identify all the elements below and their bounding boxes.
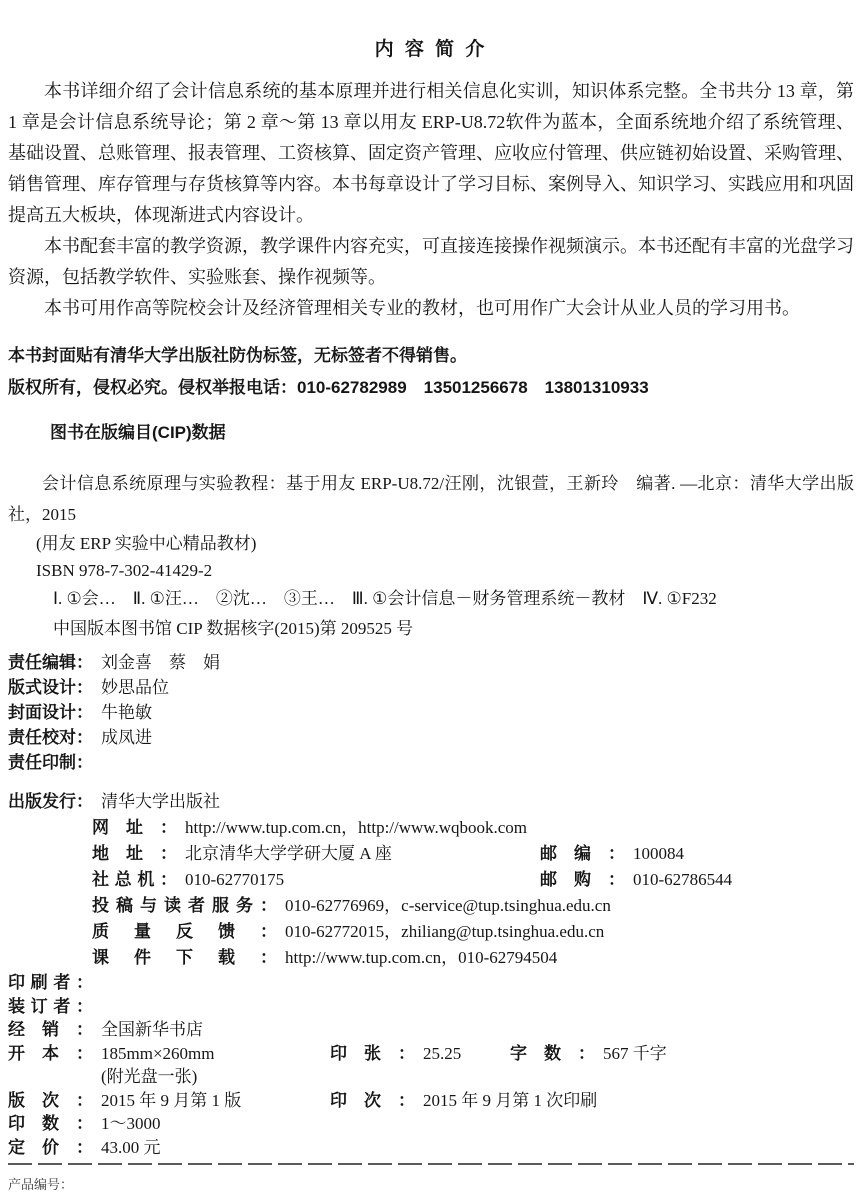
edition-label: 版次： — [8, 1089, 93, 1113]
publisher-section: 出版发行：清华大学出版社 网址：http://www.tup.com.cn，ht… — [8, 789, 854, 971]
publisher-website-row: 网址：http://www.tup.com.cn，http://www.wqbo… — [8, 815, 854, 841]
staff-label: 责任印制： — [8, 750, 93, 775]
publisher-courseware-row: 课件下载：http://www.tup.com.cn，010-62794504 — [8, 945, 854, 971]
publisher-name: 清华大学出版社 — [101, 792, 220, 811]
quality-feedback-value: 010-62772015，zhiliang@tup.tsinghua.edu.c… — [285, 922, 604, 941]
switchboard-label: 社总机： — [92, 867, 177, 893]
dashed-divider — [8, 1163, 854, 1165]
format-label: 开本： — [8, 1042, 93, 1066]
price-label: 定价： — [8, 1136, 93, 1160]
staff-value: 妙思品位 — [101, 678, 169, 697]
publisher-row: 出版发行：清华大学出版社 — [8, 789, 854, 815]
staff-row-proofreader: 责任校对：成凤进 — [8, 725, 854, 750]
reader-service-label: 投稿与读者服务： — [92, 893, 277, 919]
publisher-switchboard-row: 社总机：010-62770175邮购：010-62786544 — [8, 867, 854, 893]
copyright-notice: 本书封面贴有清华大学出版社防伪标签，无标签者不得销售。 版权所有，侵权必究。侵权… — [8, 340, 854, 404]
courseware-label: 课件下载： — [92, 945, 277, 971]
intro-paragraph-2: 本书配套丰富的教学资源，教学课件内容充实，可直接连接操作视频演示。本书还配有丰富… — [8, 231, 854, 293]
wordcount-label: 字数： — [510, 1042, 595, 1066]
printer-row: 印刷者： — [8, 971, 854, 995]
staff-value: 牛艳敏 — [101, 703, 152, 722]
publisher-address-row: 地址：北京清华大学学研大厦 A 座邮编：100084 — [8, 841, 854, 867]
impression-date-label: 印次： — [330, 1089, 415, 1113]
staff-row-editor: 责任编辑：刘金喜 蔡 娟 — [8, 650, 854, 675]
intro-paragraph-3: 本书可用作高等院校会计及经济管理相关专业的教材，也可用作广大会计从业人员的学习用… — [8, 293, 854, 324]
quality-feedback-label: 质量反馈： — [92, 919, 277, 945]
staff-section: 责任编辑：刘金喜 蔡 娟 版式设计：妙思品位 封面设计：牛艳敏 责任校对：成凤进… — [8, 650, 854, 775]
attachment-note: (附光盘一张) — [101, 1067, 197, 1086]
attachment-row: (附光盘一张) — [8, 1065, 854, 1089]
page-title: 内 容 简 介 — [8, 38, 854, 62]
cip-entry: 会计信息系统原理与实验教程：基于用友 ERP-U8.72/汪刚，沈银萱，王新玲 … — [8, 468, 854, 530]
website-label: 网址： — [92, 815, 177, 841]
distributor-label: 经销： — [8, 1018, 93, 1042]
staff-label: 责任校对： — [8, 725, 93, 750]
sheets-label: 印张： — [330, 1042, 415, 1066]
staff-label: 封面设计： — [8, 700, 93, 725]
rights-reserved-notice: 版权所有，侵权必究。侵权举报电话：010-62782989 1350125667… — [8, 372, 854, 404]
cip-heading: 图书在版编目(CIP)数据 — [50, 422, 854, 444]
print-run-value: 1～3000 — [101, 1114, 161, 1133]
impression-date-value: 2015 年 9 月第 1 次印刷 — [423, 1091, 597, 1110]
print-run-label: 印数： — [8, 1112, 93, 1136]
publisher-label: 出版发行： — [8, 789, 93, 815]
publisher-quality-feedback-row: 质量反馈：010-62772015，zhiliang@tup.tsinghua.… — [8, 919, 854, 945]
cip-record-number: 中国版本图书馆 CIP 数据核字(2015)第 209525 号 — [53, 614, 854, 644]
zipcode-value: 100084 — [633, 844, 684, 863]
intro-section: 本书详细介绍了会计信息系统的基本原理并进行相关信息化实训，知识体系完整。全书共分… — [8, 76, 854, 324]
cip-isbn: ISBN 978-7-302-41429-2 — [36, 557, 854, 584]
zipcode-label: 邮编： — [540, 841, 625, 867]
mailorder-value: 010-62786544 — [633, 870, 732, 889]
address-value: 北京清华大学学研大厦 A 座 — [185, 844, 392, 863]
staff-label: 责任编辑： — [8, 650, 93, 675]
staff-row-printer: 责任印制： — [8, 750, 854, 775]
book-copyright-page: 内 容 简 介 本书详细介绍了会计信息系统的基本原理并进行相关信息化实训，知识体… — [0, 0, 862, 1200]
wordcount-value: 567 千字 — [603, 1044, 667, 1063]
binder-label: 装订者： — [8, 995, 93, 1019]
sheets-value: 25.25 — [423, 1044, 461, 1063]
price-row: 定价：43.00 元 — [8, 1136, 854, 1160]
edition-value: 2015 年 9 月第 1 版 — [101, 1091, 241, 1110]
distributor-value: 全国新华书店 — [101, 1020, 203, 1039]
staff-label: 版式设计： — [8, 675, 93, 700]
format-value: 185mm×260mm — [101, 1044, 214, 1063]
product-code-label: 产品编号： — [8, 1177, 854, 1193]
format-row: 开本：185mm×260mm印张：25.25字数：567 千字 — [8, 1042, 854, 1066]
staff-value: 刘金喜 蔡 娟 — [101, 653, 220, 672]
mailorder-label: 邮购： — [540, 867, 625, 893]
staff-value: 成凤进 — [101, 728, 152, 747]
address-label: 地址： — [92, 841, 177, 867]
printer-label: 印刷者： — [8, 971, 93, 995]
distributor-row: 经销：全国新华书店 — [8, 1018, 854, 1042]
staff-row-layout: 版式设计：妙思品位 — [8, 675, 854, 700]
cip-section: 图书在版编目(CIP)数据 会计信息系统原理与实验教程：基于用友 ERP-U8.… — [8, 422, 854, 644]
anti-counterfeit-notice: 本书封面贴有清华大学出版社防伪标签，无标签者不得销售。 — [8, 340, 854, 372]
print-run-row: 印数：1～3000 — [8, 1112, 854, 1136]
price-value: 43.00 元 — [101, 1138, 161, 1157]
printing-section: 印刷者： 装订者： 经销：全国新华书店 开本：185mm×260mm印张：25.… — [8, 971, 854, 1159]
website-value: http://www.tup.com.cn，http://www.wqbook.… — [185, 818, 527, 837]
staff-row-cover: 封面设计：牛艳敏 — [8, 700, 854, 725]
reader-service-value: 010-62776969，c-service@tup.tsinghua.edu.… — [285, 896, 611, 915]
cip-series: (用友 ERP 实验中心精品教材) — [36, 530, 854, 557]
cip-classification: Ⅰ. ①会… Ⅱ. ①汪… ②沈… ③王… Ⅲ. ①会计信息－财务管理系统－教材… — [53, 584, 854, 614]
publisher-reader-service-row: 投稿与读者服务：010-62776969，c-service@tup.tsing… — [8, 893, 854, 919]
switchboard-value: 010-62770175 — [185, 870, 284, 889]
binder-row: 装订者： — [8, 995, 854, 1019]
edition-row: 版次：2015 年 9 月第 1 版印次：2015 年 9 月第 1 次印刷 — [8, 1089, 854, 1113]
intro-paragraph-1: 本书详细介绍了会计信息系统的基本原理并进行相关信息化实训，知识体系完整。全书共分… — [8, 76, 854, 231]
courseware-value: http://www.tup.com.cn，010-62794504 — [285, 948, 557, 967]
